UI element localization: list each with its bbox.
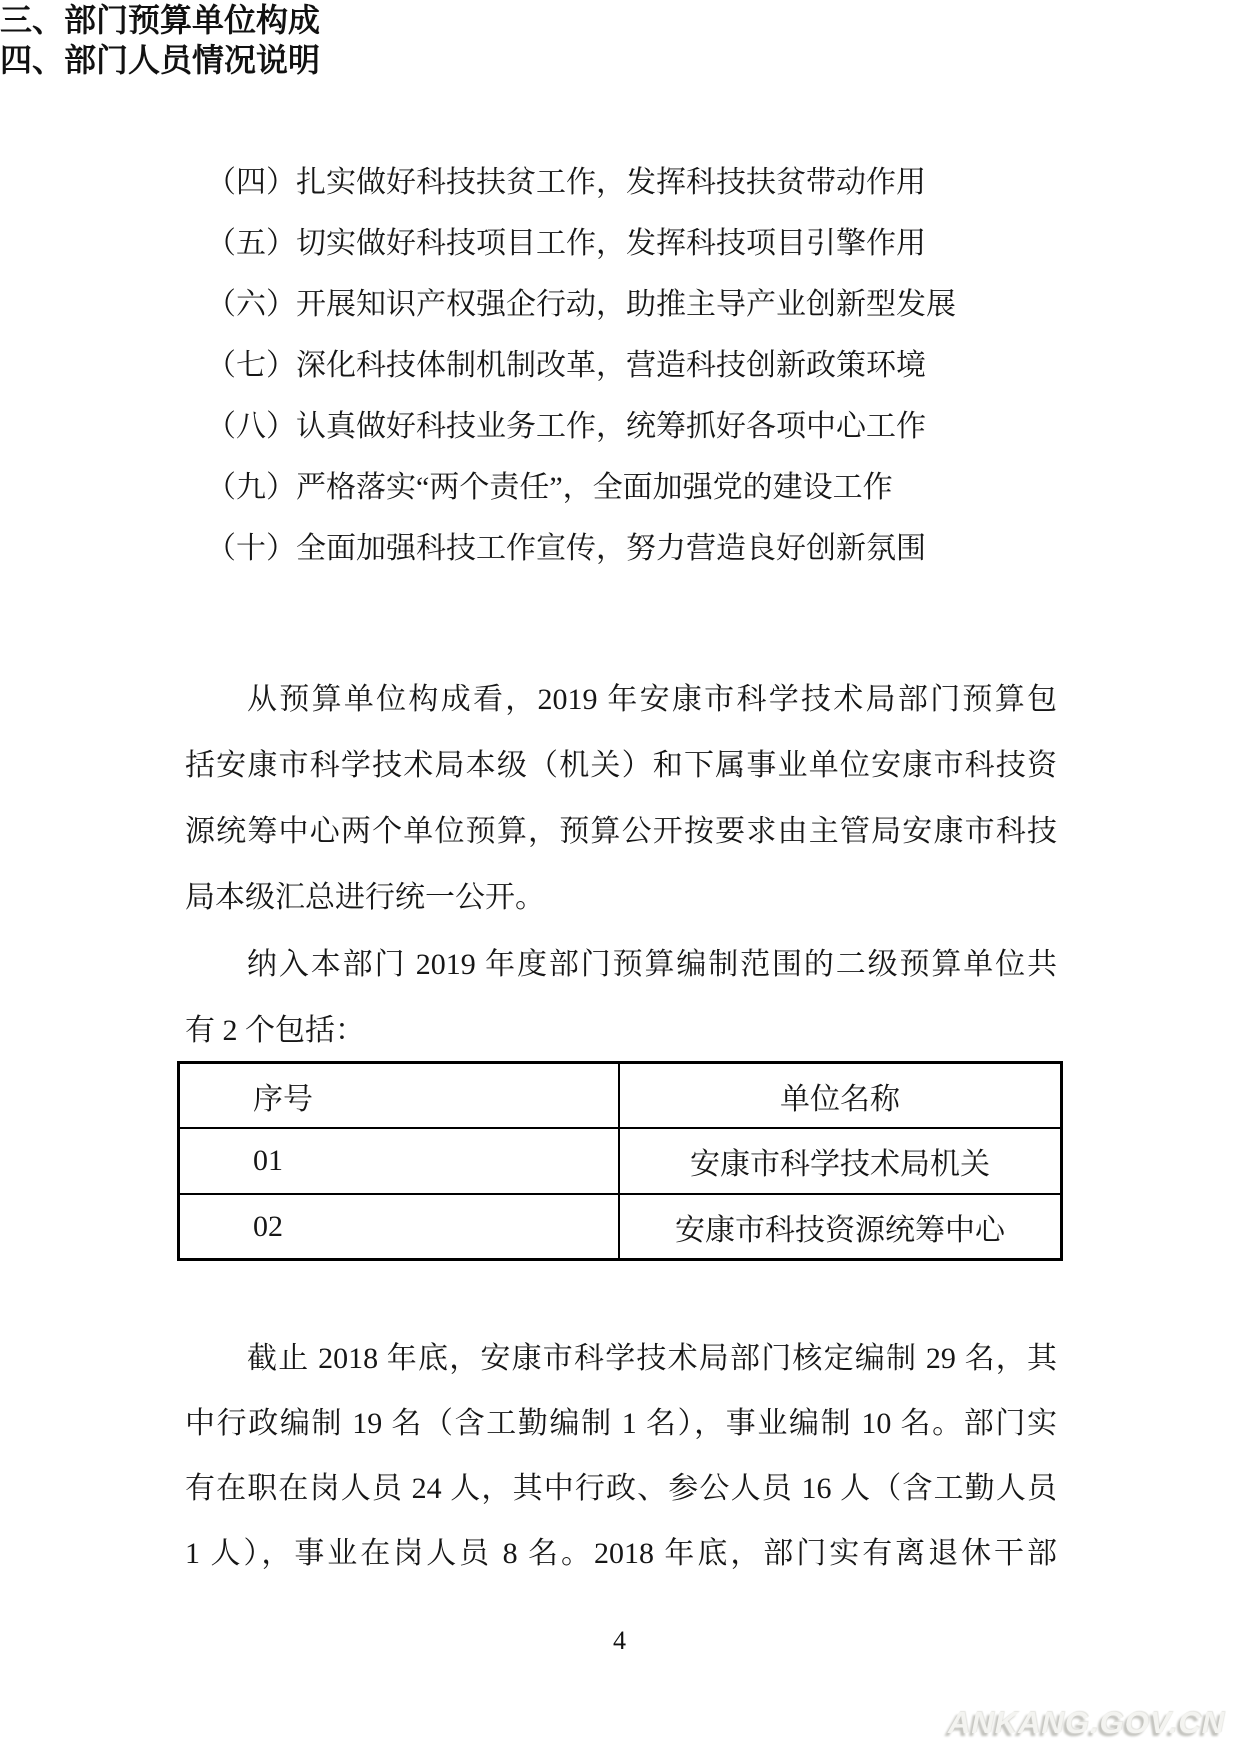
table-row: 01 安康市科学技术局机关 bbox=[180, 1127, 1060, 1193]
paragraph-line: 源统筹中心两个单位预算，预算公开按要求由主管局安康市科技 bbox=[185, 799, 1057, 865]
document-page: （四）扎实做好科技扶贫工作，发挥科技扶贫带动作用 （五）切实做好科技项目工作，发… bbox=[0, 0, 1239, 1754]
section-heading-personnel: 四、部门人员情况说明 bbox=[0, 40, 820, 80]
table-header-row: 序号 单位名称 bbox=[180, 1064, 1060, 1127]
paragraph-line: 局本级汇总进行统一公开。 bbox=[185, 865, 1057, 931]
table-cell-unit-name: 安康市科技资源统筹中心 bbox=[620, 1195, 1060, 1258]
table-cell-unit-name: 安康市科学技术局机关 bbox=[620, 1129, 1060, 1193]
paragraph-line: 1 人），事业在岗人员 8 名。2018 年底，部门实有离退休干部 bbox=[185, 1521, 1057, 1586]
list-item: （七）深化科技体制机制改革，营造科技创新政策环境 bbox=[185, 335, 1057, 396]
paragraph-line: 有在职在岗人员 24 人，其中行政、参公人员 16 人（含工勤人员 bbox=[185, 1456, 1057, 1521]
personnel-paragraph: 截止 2018 年底，安康市科学技术局部门核定编制 29 名，其 中行政编制 1… bbox=[185, 1326, 1057, 1586]
table-cell-serial: 02 bbox=[180, 1195, 620, 1258]
list-item: （五）切实做好科技项目工作，发挥科技项目引擎作用 bbox=[185, 213, 1057, 274]
table-header-unit-name: 单位名称 bbox=[620, 1064, 1060, 1127]
paragraph-line: 截止 2018 年底，安康市科学技术局部门核定编制 29 名，其 bbox=[185, 1326, 1057, 1391]
secondary-units-paragraph: 纳入本部门 2019 年度部门预算编制范围的二级预算单位共 有 2 个包括： bbox=[185, 932, 1057, 1064]
table-header-serial: 序号 bbox=[180, 1064, 620, 1127]
paragraph-line: 中行政编制 19 名（含工勤编制 1 名），事业编制 10 名。部门实 bbox=[185, 1391, 1057, 1456]
budget-units-table: 序号 单位名称 01 安康市科学技术局机关 02 安康市科技资源统筹中心 bbox=[177, 1061, 1063, 1261]
list-item: （四）扎实做好科技扶贫工作，发挥科技扶贫带动作用 bbox=[185, 152, 1057, 213]
list-item: （九）严格落实“两个责任”，全面加强党的建设工作 bbox=[185, 457, 1057, 518]
table-row: 02 安康市科技资源统筹中心 bbox=[180, 1193, 1060, 1258]
paragraph-line: 从预算单位构成看，2019 年安康市科学技术局部门预算包 bbox=[185, 667, 1057, 733]
paragraph-line: 括安康市科学技术局本级（机关）和下属事业单位安康市科技资 bbox=[185, 733, 1057, 799]
page-number: 4 bbox=[0, 1626, 1239, 1656]
site-watermark: ANKANG.GOV.CN bbox=[948, 1705, 1225, 1741]
list-item: （十）全面加强科技工作宣传，努力营造良好创新氛围 bbox=[185, 518, 1057, 579]
work-items-list: （四）扎实做好科技扶贫工作，发挥科技扶贫带动作用 （五）切实做好科技项目工作，发… bbox=[185, 152, 1057, 579]
section-heading-budget-units: 三、部门预算单位构成 bbox=[0, 0, 820, 40]
paragraph-line: 纳入本部门 2019 年度部门预算编制范围的二级预算单位共 bbox=[185, 932, 1057, 998]
budget-units-paragraph: 从预算单位构成看，2019 年安康市科学技术局部门预算包 括安康市科学技术局本级… bbox=[185, 667, 1057, 931]
table-cell-serial: 01 bbox=[180, 1129, 620, 1193]
list-item: （八）认真做好科技业务工作，统筹抓好各项中心工作 bbox=[185, 396, 1057, 457]
list-item: （六）开展知识产权强企行动，助推主导产业创新型发展 bbox=[185, 274, 1057, 335]
paragraph-line: 有 2 个包括： bbox=[185, 998, 1057, 1064]
